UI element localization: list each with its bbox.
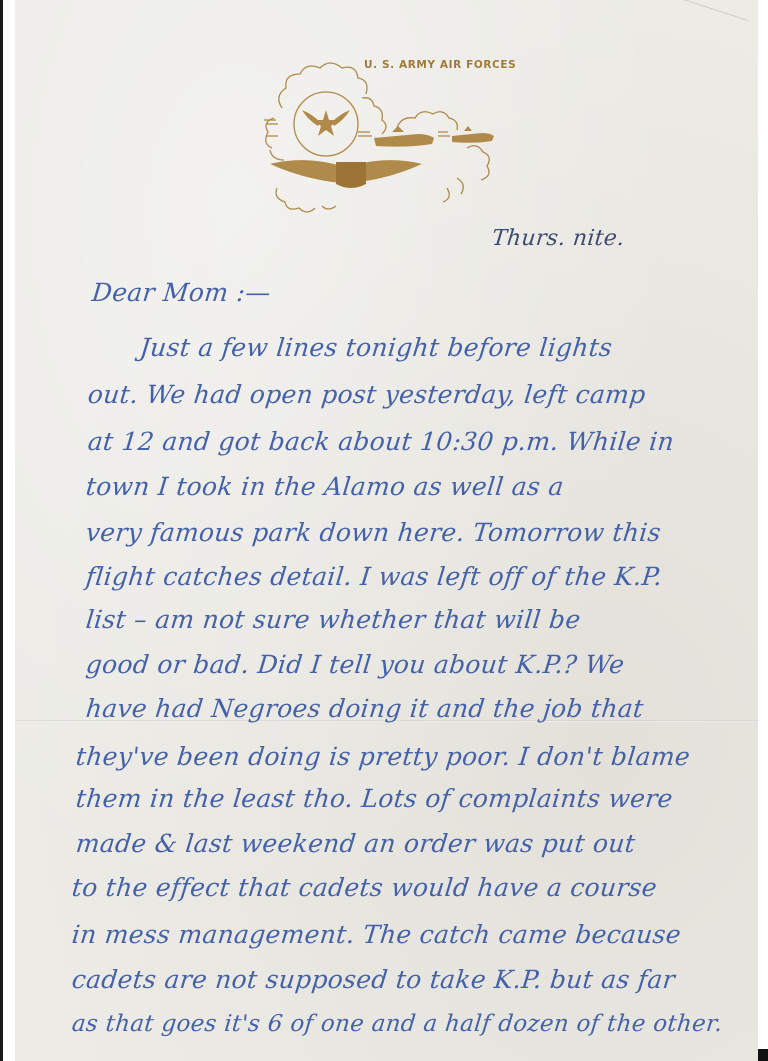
letter-line: as that goes it's 6 of one and a half do… — [71, 1011, 724, 1037]
letter-line: very famous park down here. Tomorrow thi… — [84, 518, 662, 547]
letterhead-title: U. S. ARMY AIR FORCES — [364, 59, 516, 71]
letter-line: have had Negroes doing it and the job th… — [84, 694, 645, 723]
letter-line: good or bad. Did I tell you about K.P.? … — [84, 650, 625, 679]
letter-line: out. We had open post yesterday, left ca… — [86, 380, 647, 409]
corner-crease — [662, 0, 748, 21]
letter-date: Thurs. nite. — [491, 226, 626, 251]
letter-line: flight catches detail. I was left off of… — [84, 562, 663, 591]
letter-line: at 12 and got back about 10:30 p.m. Whil… — [86, 427, 675, 456]
letter-line: Just a few lines tonight before lights — [138, 333, 613, 362]
letter-line: town I took in the Alamo as well as a — [84, 472, 565, 501]
scan-edge-left — [0, 0, 3, 1061]
salutation: Dear Mom :— — [90, 278, 272, 307]
letter-line: made & last weekend an order was put out — [74, 829, 636, 858]
letter-line: list – am not sure whether that will be — [84, 605, 582, 634]
letter-line: they've been doing is pretty poor. I don… — [74, 742, 691, 771]
letter-line: them in the least tho. Lots of complaint… — [74, 784, 674, 813]
letter-line: to the effect that cadets would have a c… — [70, 873, 658, 902]
letter-line: in mess management. The catch came becau… — [70, 920, 682, 949]
letter-line: cadets are not supposed to take K.P. but… — [70, 965, 676, 994]
scan-edge-corner — [758, 1049, 768, 1061]
letterhead: U. S. ARMY AIR FORCES — [262, 38, 512, 218]
